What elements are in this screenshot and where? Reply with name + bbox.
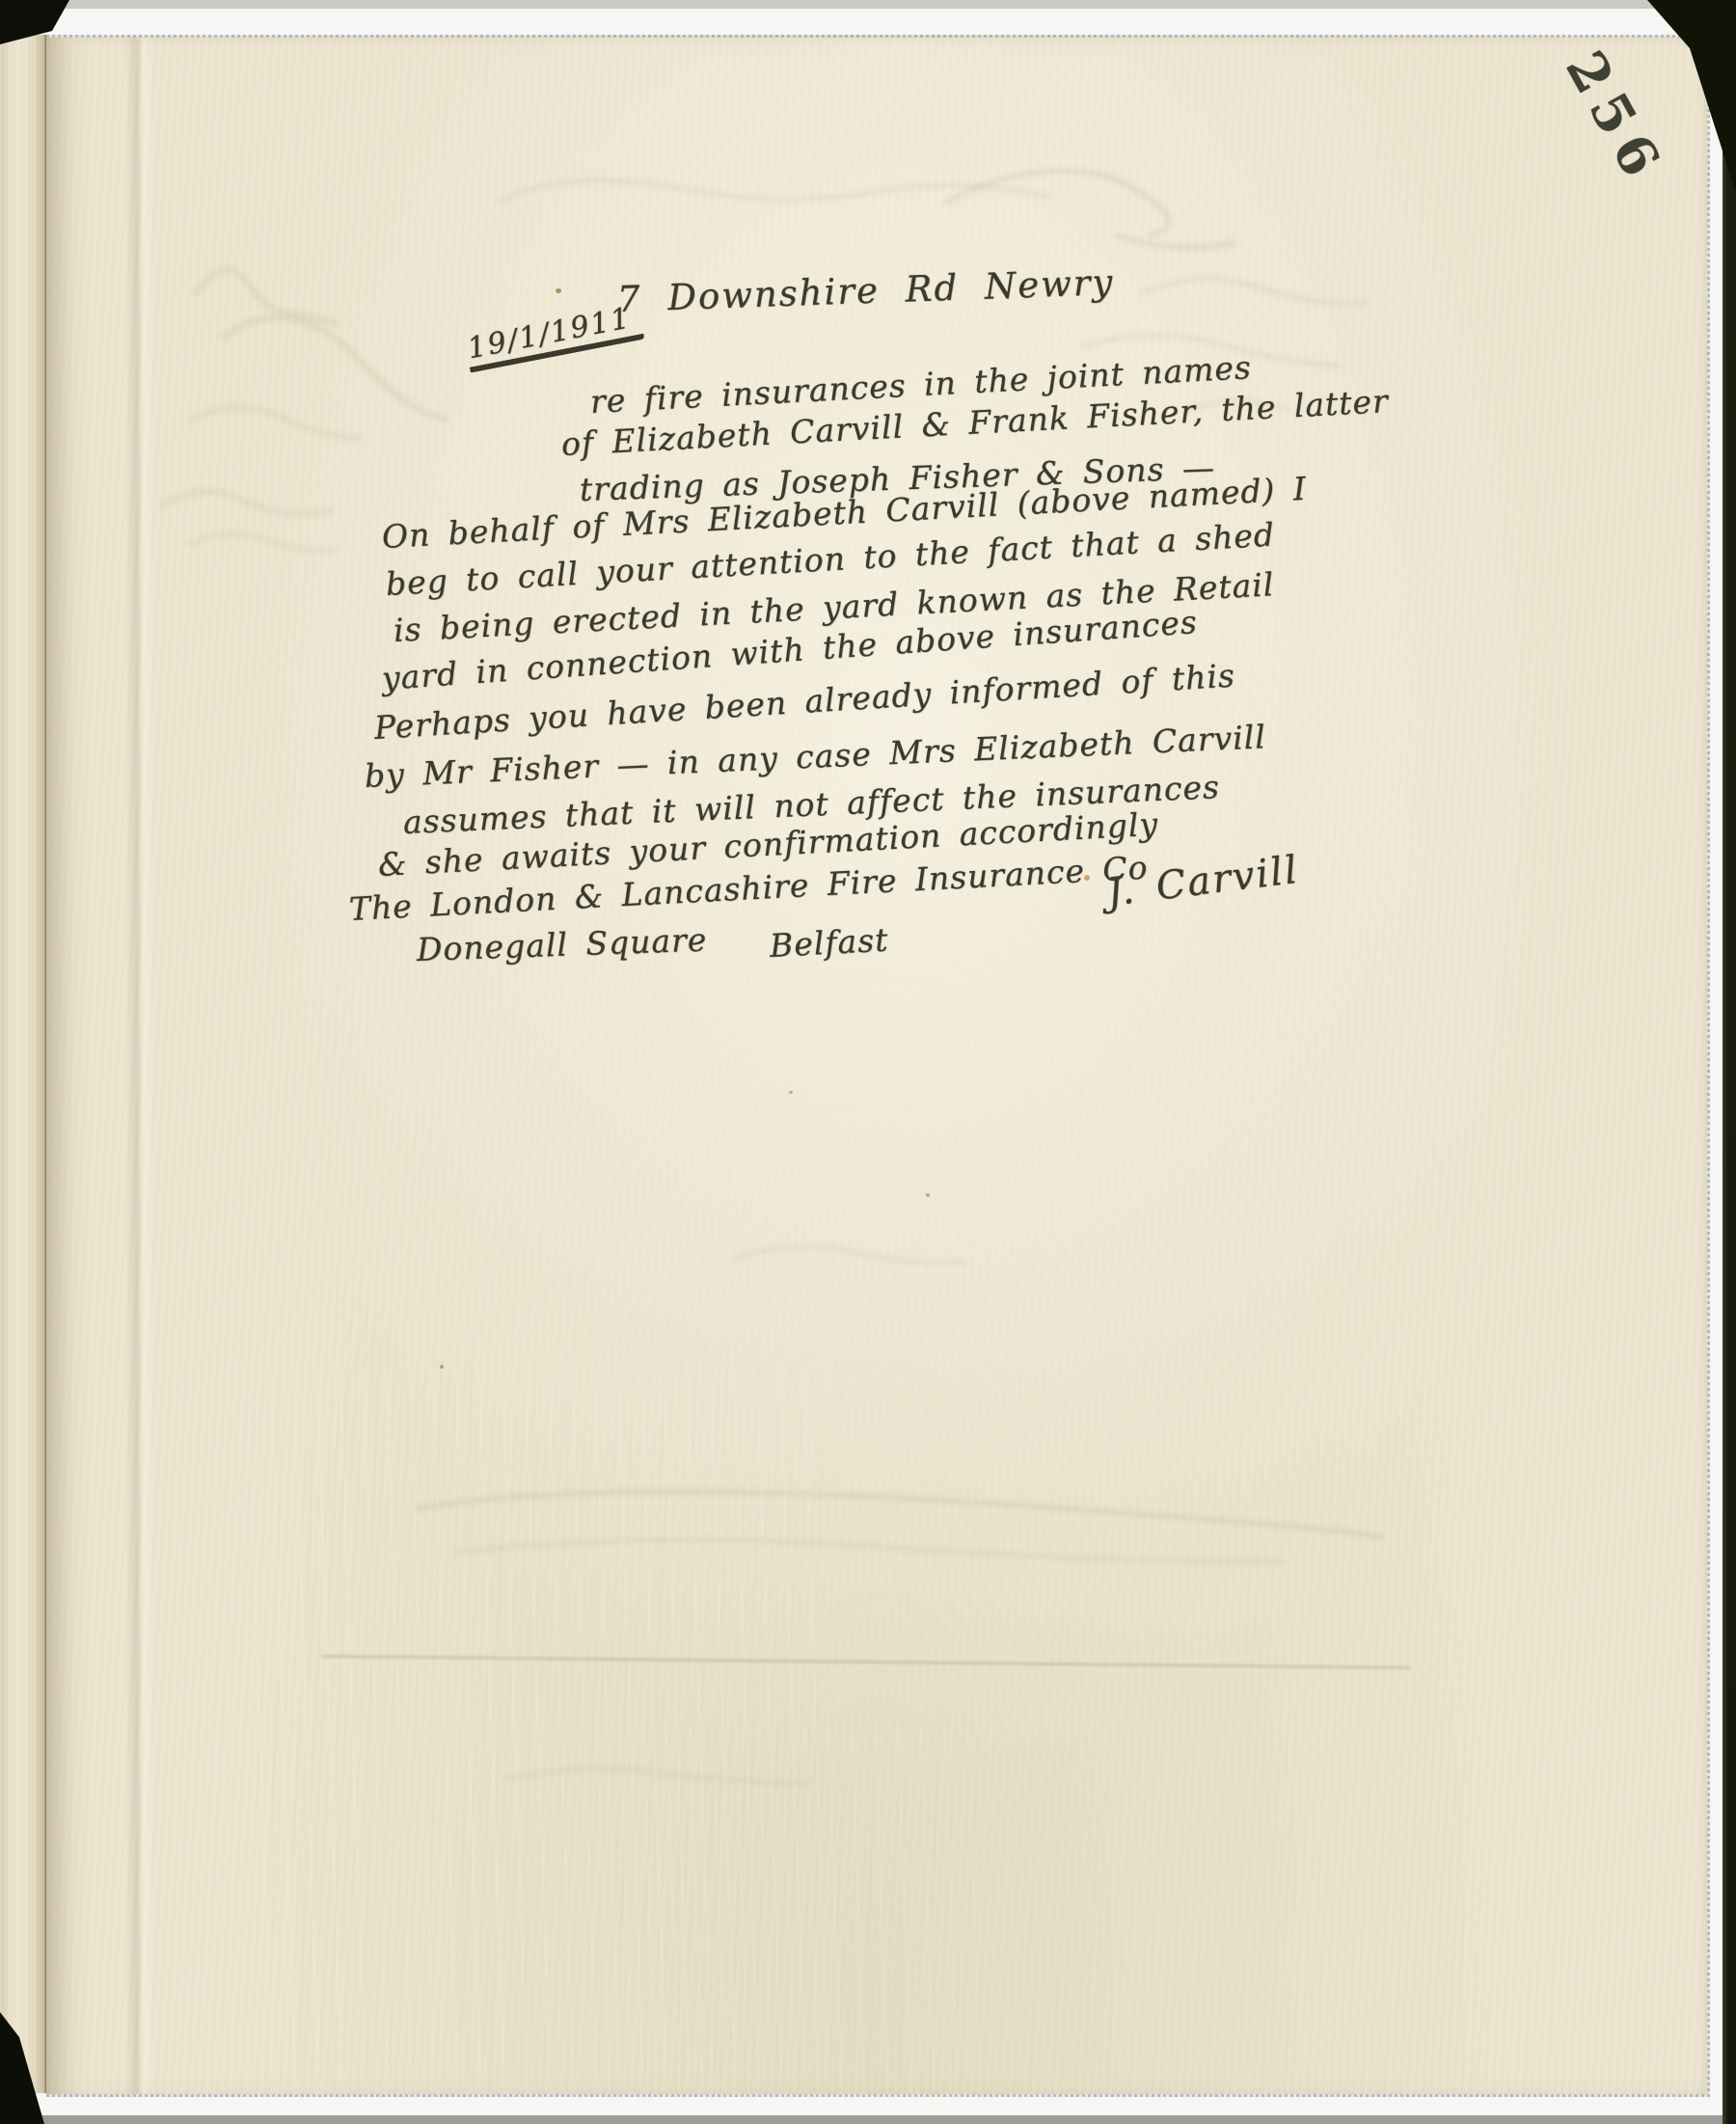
gutter-crease: [125, 38, 154, 2094]
foxing-speck: [789, 1091, 793, 1094]
letter-recipient-city: Belfast: [769, 924, 889, 962]
ink-showthrough-marks: [46, 38, 1707, 2094]
ledger-page: [46, 35, 1710, 2097]
paper-wrinkles: [586, 1726, 991, 2111]
foxing-speck: [440, 1365, 444, 1369]
previous-page-edge: [0, 35, 46, 2093]
foxing-speck: [926, 1193, 930, 1197]
foxing-speck: [556, 288, 561, 293]
paper-wrinkles: [249, 1369, 827, 2102]
scanned-letter-book-page: 7 Downshire Rd Newry 19/1/1911 re fire i…: [0, 0, 1736, 2124]
scanner-bed-strip-bottom: [0, 2115, 1736, 2124]
horizontal-crease-line: [321, 1656, 1411, 1668]
letter-recipient-street: Donegall Square: [416, 923, 707, 966]
scanner-bed-strip-top: [0, 0, 1736, 9]
book-binding-edge: [1722, 0, 1736, 2124]
